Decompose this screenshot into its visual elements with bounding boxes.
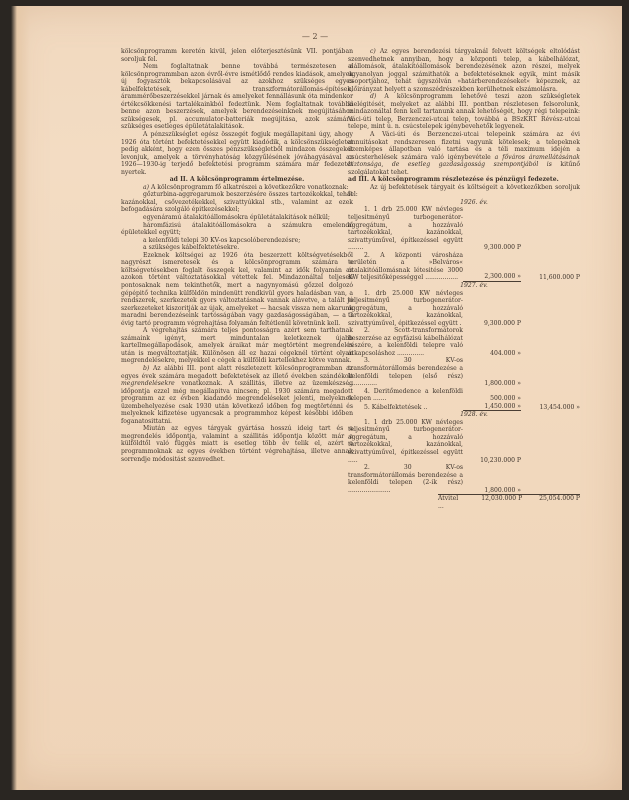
cost-amount: 10,230.000 P xyxy=(463,457,521,465)
paragraph: d) A kölcsönprogramm lehetővé teszi azon… xyxy=(348,93,580,131)
paragraph: Ezeknek költségei az 1926 óta beszerzett… xyxy=(121,252,353,327)
paragraph: egyenáramú átalakitóállomásokra épületát… xyxy=(121,214,353,222)
cost-description: 2. 30 KV-os transformátorállomás berende… xyxy=(348,464,463,494)
paragraph-text: vonatkoznak. A szállitás, illetve az üze… xyxy=(121,380,353,425)
cost-description: 4. Deritőmedence a kelenföldi telepen ..… xyxy=(348,388,463,403)
emphasis: megrendelésekre xyxy=(121,380,175,387)
cost-year-total: 13,454.000 » xyxy=(521,404,580,412)
cost-row: 1. 1 drb 25.000 KW névleges teljesitmény… xyxy=(348,419,580,464)
paragraph: a kelenföldi telepi 30 KV-os kapcsolóber… xyxy=(121,237,353,245)
cost-row: 5. Kábelfektetések ..1,450.000 »13,454.0… xyxy=(348,403,580,412)
left-column: kölcsönprogramm keretén kivül, jelen elő… xyxy=(121,48,353,463)
cost-amount: 1,800.000 » xyxy=(463,380,521,388)
cost-row: 2. A központi városháza területén a »Bel… xyxy=(348,252,580,282)
section-heading-iii: ad III. A kölcsönprogramm részletezése é… xyxy=(348,176,580,184)
document-page: — 2 — kölcsönprogramm keretén kivül, jel… xyxy=(8,6,622,790)
paragraph: A pénzszükséglet egész összegét fogjuk m… xyxy=(121,131,353,176)
paragraph: Az új befektetések tárgyait és költségei… xyxy=(348,184,580,199)
paragraph-text: Az alábbi III. pont alatt részletezett k… xyxy=(121,365,353,380)
paragraph: gőzturbina-aggregarumok beszerzésére öss… xyxy=(121,191,353,214)
cost-row: 1. 1 drb 25.000 KW névleges teljesitmény… xyxy=(348,206,580,251)
cost-amount: 500.000 » xyxy=(463,395,521,403)
cost-description: 3. 30 KV-os transformátorállomás berende… xyxy=(348,357,463,387)
cost-amount: 1,450.000 » xyxy=(463,403,521,412)
cost-row: 3. 30 KV-os transformátorállomás berende… xyxy=(348,357,580,387)
cost-description: 1. drb 25.000 KW névleges teljesitményű … xyxy=(348,290,463,328)
page-number: — 2 — xyxy=(8,32,622,41)
paragraph: A Váci-úti és Berzenczei-utcai telepeink… xyxy=(348,131,580,176)
paragraph-text: A kölcsönprogramm fő alkatrészei a követ… xyxy=(149,184,348,191)
cost-description: 1. 1 drb 25.000 KW névleges teljesitmény… xyxy=(348,206,463,251)
cost-description: 5. Kábelfektetések .. xyxy=(348,404,463,412)
paragraph: kölcsönprogramm keretén kivül, jelen elő… xyxy=(121,48,353,63)
cost-row: 1. drb 25.000 KW névleges teljesitményű … xyxy=(348,290,580,328)
cost-row: 2. Scott-transformátorok beszerzése az e… xyxy=(348,327,580,357)
cost-amount: 1,800.000 » xyxy=(463,487,521,495)
section-heading-ii: ad II. A kölcsönprogramm értelmezése. xyxy=(121,176,353,184)
cost-amount: 9,300.000 P xyxy=(463,244,521,252)
carry-total: 25,054.000 P xyxy=(522,495,580,510)
carry-amount: 12,030.000 P xyxy=(471,495,522,510)
carry-label: Átvitel ... xyxy=(438,495,465,510)
cost-year-total: 11,600.000 P xyxy=(521,274,580,282)
cost-description: 2. Scott-transformátorok beszerzése az e… xyxy=(348,327,463,357)
paragraph-text: Az egyes berendezési tárgyaknál felvett … xyxy=(348,48,580,93)
paragraph: b) Az alábbi III. pont alatt részletezet… xyxy=(121,365,353,425)
cost-row: 2. 30 KV-os transformátorállomás berende… xyxy=(348,464,580,494)
paragraph: a) A kölcsönprogramm fő alkatrészei a kö… xyxy=(121,184,353,192)
paragraph: a szükséges kábelfektetésekre. xyxy=(121,244,353,252)
paragraph: Nem foglaltatnak benne továbbá természet… xyxy=(121,63,353,131)
cost-amount: 404.000 » xyxy=(463,350,521,358)
carry-over-row: Átvitel ... 12,030.000 P 25,054.000 P xyxy=(438,494,580,510)
paragraph: c) Az egyes berendezési tárgyaknál felve… xyxy=(348,48,580,93)
year-heading: 1928. év. xyxy=(348,411,580,419)
cost-description: 2. A központi városháza területén a »Bel… xyxy=(348,252,463,282)
right-column: c) Az egyes berendezési tárgyaknál felve… xyxy=(348,48,580,510)
paragraph: A végrehajtás számára teljes pontosságra… xyxy=(121,327,353,365)
paragraph-text: A kölcsönprogramm lehetővé teszi azon sz… xyxy=(348,93,580,130)
cost-row: 4. Deritőmedence a kelenföldi telepen ..… xyxy=(348,388,580,403)
cost-description: 1. 1 drb 25.000 KW névleges teljesitmény… xyxy=(348,419,463,464)
cost-amount: 2,300.000 » xyxy=(463,273,521,282)
cost-amount: 9,300.000 P xyxy=(463,320,521,328)
paragraph: háromfázisú átalakitóállomásokra a számu… xyxy=(121,222,353,237)
paragraph: Miután az egyes tárgyak gyártása hosszú … xyxy=(121,425,353,463)
year-heading: 1927. év. xyxy=(348,282,580,290)
year-heading: 1926. év. xyxy=(348,199,580,207)
cost-table: 1926. év.1. 1 drb 25.000 KW névleges tel… xyxy=(348,199,580,494)
